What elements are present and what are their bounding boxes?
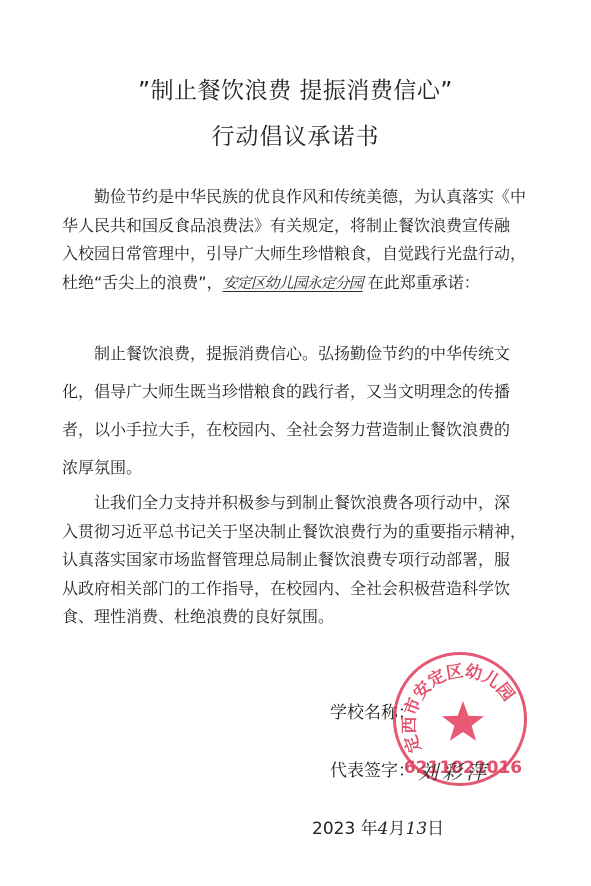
paragraph-line: 化，倡导广大师生既当珍惜粮食的践行者，又当文明理念的传播 bbox=[62, 373, 548, 411]
paragraph-line: 勤俭节约是中华民族的优良作风和传统美德，为认真落实《中 bbox=[62, 183, 548, 212]
handwritten-school-name: 安定区幼儿园永定分园 bbox=[223, 274, 363, 292]
date-year: 2023 年 bbox=[312, 819, 378, 839]
paragraph-line: 认真落实国家市场监督管理总局制止餐饮浪费专项行动部署，服 bbox=[62, 546, 548, 575]
date-day: 13 bbox=[406, 819, 428, 839]
date-month-unit: 月 bbox=[389, 819, 406, 839]
paragraph-commitment: 制止餐饮浪费，提振消费信心。弘扬勤俭节约的中华传统文 化，倡导广大师生既当珍惜粮… bbox=[62, 335, 548, 487]
paragraph-line-last: 杜绝“舌尖上的浪费”，安定区幼儿园永定分园 在此郑重承诺： bbox=[62, 269, 548, 298]
paragraph-action: 让我们全力支持并积极参与到制止餐饮浪费各项行动中，深 入贯彻习近平总书记关于坚决… bbox=[62, 489, 548, 632]
line-suffix: 在此郑重承诺： bbox=[363, 273, 480, 292]
paragraph-line: 华人民共和国反食品浪费法》有关规定，将制止餐饮浪费宣传融 bbox=[62, 212, 548, 241]
document-title: ”制止餐饮浪费 提振消费信心” bbox=[0, 72, 591, 105]
paragraph-intro: 勤俭节约是中华民族的优良作风和传统美德，为认真落实《中 华人民共和国反食品浪费法… bbox=[62, 183, 548, 297]
paragraph-line: 食、理性消费、杜绝浪费的良好氛围。 bbox=[62, 603, 548, 632]
date-month: 4 bbox=[378, 819, 389, 839]
paragraph-line: 浓厚氛围。 bbox=[62, 449, 548, 487]
paragraph-line: 制止餐饮浪费，提振消费信心。弘扬勤俭节约的中华传统文 bbox=[62, 335, 548, 373]
date-day-unit: 日 bbox=[427, 819, 444, 839]
representative-signature: 刘彩萍 bbox=[418, 756, 490, 785]
document-date: 2023 年4月13日 bbox=[312, 814, 444, 839]
paragraph-line: 入校园日常管理中，引导广大师生珍惜粮食，自觉践行光盘行动， bbox=[62, 240, 548, 269]
stamp-circle-text: 定西市安定区幼儿园 bbox=[400, 661, 518, 756]
document-subtitle: 行动倡议承诺书 bbox=[0, 118, 591, 151]
line-prefix: 杜绝“舌尖上的浪费”， bbox=[62, 273, 223, 292]
paragraph-line: 入贯彻习近平总书记关于坚决制止餐饮浪费行为的重要指示精神， bbox=[62, 518, 548, 547]
paragraph-line: 者，以小手拉大手，在校园内、全社会努力营造制止餐饮浪费的 bbox=[62, 411, 548, 449]
paragraph-line: 从政府相关部门的工作指导，在校园内、全社会积极营造科学饮 bbox=[62, 575, 548, 604]
paragraph-line: 让我们全力支持并积极参与到制止餐饮浪费各项行动中，深 bbox=[62, 489, 548, 518]
star-icon bbox=[442, 701, 484, 741]
